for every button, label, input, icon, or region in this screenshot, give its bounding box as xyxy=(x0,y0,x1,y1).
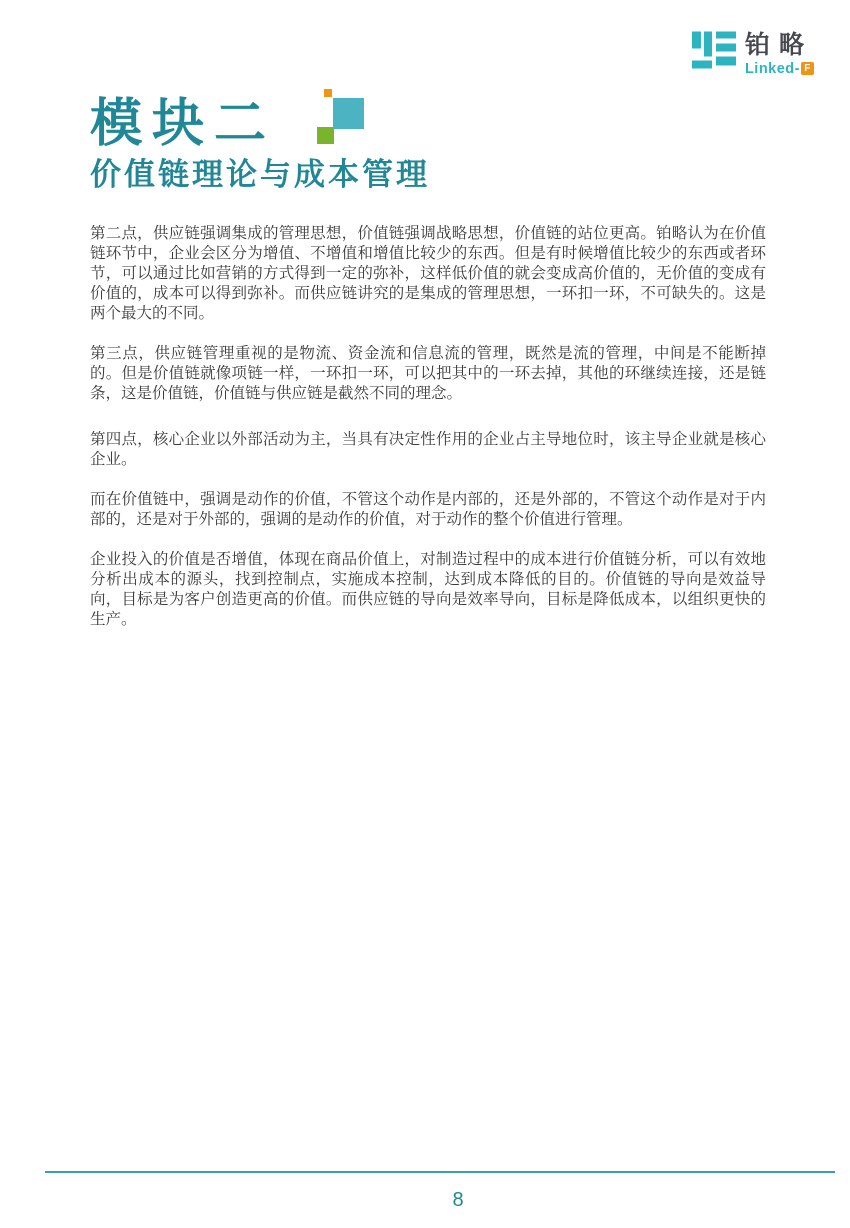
footer-divider-line xyxy=(45,1171,835,1173)
paragraph-value-chain-actions: 而在价值链中，强调是动作的价值，不管这个动作是内部的，还是外部的，不管这个动作是… xyxy=(90,490,766,530)
paragraph-point-2: 第二点，供应链强调集成的管理思想，价值链强调战略思想，价值链的站位更高。铂略认为… xyxy=(90,224,766,324)
paragraph-point-3: 第三点，供应链管理重视的是物流、资金流和信息流的管理，既然是流的管理，中间是不能… xyxy=(90,344,766,404)
paragraph-point-4: 第四点，核心企业以外部活动为主，当具有决定性作用的企业占主导地位时，该主导企业就… xyxy=(90,430,766,470)
paragraph-value-vs-supply-chain: 企业投入的价值是否增值，体现在商品价值上，对制造过程中的成本进行价值链分析，可以… xyxy=(90,550,766,630)
brand-name-chinese: 铂略 xyxy=(745,32,814,60)
brand-text: 铂略 Linked- F xyxy=(745,28,814,76)
title-block: 模块二 价值链理论与成本管理 xyxy=(90,96,430,193)
linked-f-logo-icon xyxy=(689,28,737,77)
module-subtitle: 价值链理论与成本管理 xyxy=(90,157,430,193)
document-page: 铂略 Linked- F 模块二 价值链理论与成本管理 第二点，供应链强调集成的… xyxy=(0,0,850,1228)
page-number: 8 xyxy=(33,1189,850,1212)
module-title: 模块二 xyxy=(90,96,430,153)
body-text: 第二点，供应链强调集成的管理思想，价值链强调战略思想，价值链的站位更高。铂略认为… xyxy=(90,224,766,650)
brand-name-english-prefix: Linked- xyxy=(745,62,800,77)
brand-logo: 铂略 Linked- F xyxy=(689,28,814,77)
brand-name-english: Linked- F xyxy=(745,62,814,77)
brand-f-badge: F xyxy=(801,62,814,75)
